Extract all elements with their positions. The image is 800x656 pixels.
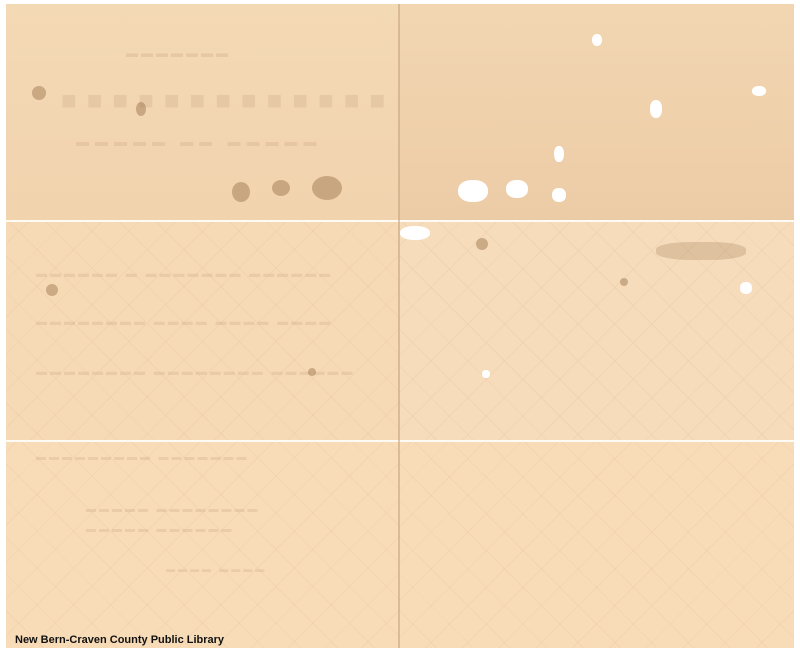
ghost-text: ▬▬▬▬▬▬ ▬ ▬▬▬▬▬▬▬ ▬▬▬▬▬▬: [36, 268, 333, 280]
hole: [752, 86, 766, 96]
panel-bottom-left: [6, 440, 399, 648]
ghost-text: ▬▬▬▬▬▬▬: [126, 46, 231, 61]
hole: [740, 282, 752, 294]
hole: [554, 146, 564, 162]
hole: [650, 100, 662, 118]
stain: [46, 284, 58, 296]
stain: [308, 368, 316, 376]
hole: [506, 180, 528, 198]
document-sheet: ▬▬▬▬▬▬▬ ■■■■■■■■■■■■■ ▬▬▬▬▬ ▬▬ ▬▬▬▬▬ ▬▬▬…: [6, 4, 794, 648]
stain: [656, 242, 746, 260]
ghost-text: ▬▬▬▬ ▬▬▬▬: [166, 564, 267, 574]
stain: [620, 278, 628, 286]
hole: [458, 180, 488, 202]
stain: [32, 86, 46, 100]
fold-line-lower: [6, 440, 794, 442]
stain: [476, 238, 488, 250]
hole: [400, 226, 430, 240]
ghost-text: ▬▬▬▬▬▬▬▬ ▬▬▬▬ ▬▬▬▬ ▬▬▬▬: [36, 316, 333, 328]
library-credit: New Bern-Craven County Public Library: [15, 634, 224, 646]
fold-line-vertical: [398, 4, 400, 648]
panel-middle-left: [6, 220, 399, 440]
panel-bottom-right: [399, 440, 794, 648]
hole: [552, 188, 566, 202]
ghost-text: ■■■■■■■■■■■■■: [61, 86, 395, 116]
ghost-text: ▬▬▬▬▬ ▬▬▬▬▬▬: [86, 524, 235, 535]
ghost-text: ▬▬▬▬▬ ▬▬▬▬▬▬▬▬: [86, 504, 261, 515]
stain: [232, 182, 250, 202]
stain: [312, 176, 342, 200]
ghost-text: ▬▬▬▬▬▬▬▬▬ ▬▬▬▬▬▬▬: [36, 452, 250, 463]
hole: [592, 34, 602, 46]
stain: [136, 102, 146, 116]
stain: [272, 180, 290, 196]
hole: [482, 370, 490, 378]
fold-line-upper: [6, 220, 794, 222]
ghost-text: ▬▬▬▬▬ ▬▬ ▬▬▬▬▬: [76, 134, 323, 150]
